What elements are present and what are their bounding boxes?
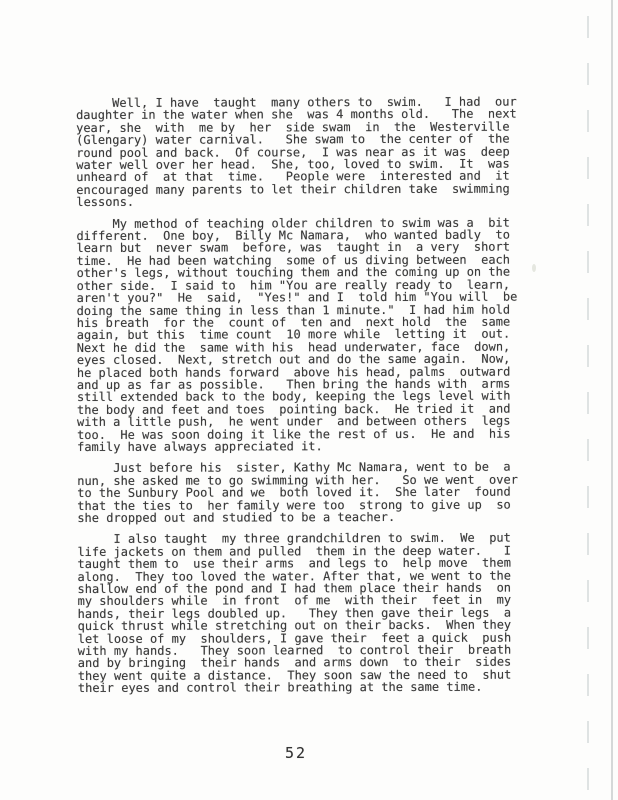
scanned-page: Well, I have taught many others to swim.… [0,0,618,800]
page-number: 52 [76,744,516,762]
paragraph: I also taught my three grandchildren to … [77,532,523,695]
scan-edge-line [611,0,613,800]
scan-speck [532,264,536,272]
paragraph: Well, I have taught many others to swim.… [76,96,521,209]
perforation-dashed-line [587,16,589,790]
document-text: Well, I have taught many others to swim.… [76,96,523,704]
paragraph: My method of teaching older children to … [76,216,522,453]
paragraph: Just before his sister, Kathy Mc Namara,… [77,461,522,524]
